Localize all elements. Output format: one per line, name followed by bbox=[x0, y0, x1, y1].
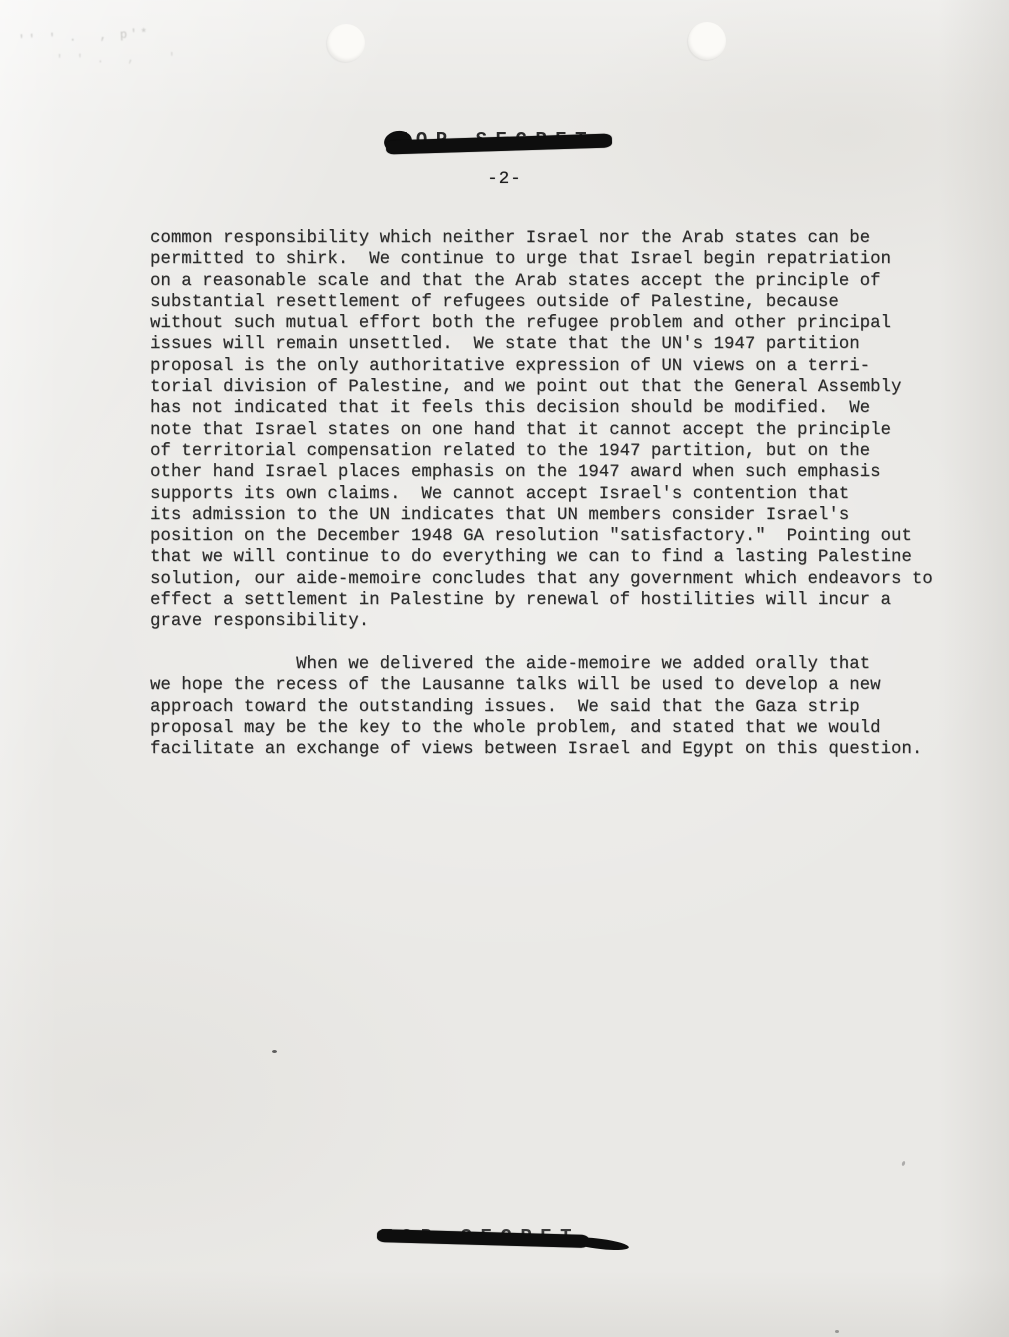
text-line: position on the December 1948 GA resolut… bbox=[150, 526, 970, 547]
text-line: When we delivered the aide-memoire we ad… bbox=[150, 654, 970, 675]
pencil-annotation: '' ' . , p'* bbox=[18, 27, 151, 48]
text-line: permitted to shirk. We continue to urge … bbox=[150, 249, 970, 270]
ink-speck bbox=[835, 1330, 839, 1333]
ink-speck bbox=[901, 1161, 906, 1167]
text-line: facilitate an exchange of views between … bbox=[150, 739, 970, 760]
scanned-document-page: { "page": { "number_label": "-2-" }, "cl… bbox=[0, 0, 1009, 1337]
paragraph: common responsibility which neither Isra… bbox=[150, 228, 970, 633]
pencil-annotation: ' ' . , ' bbox=[56, 51, 179, 67]
text-line: substantial resettlement of refugees out… bbox=[150, 292, 970, 313]
text-line: issues will remain unsettled. We state t… bbox=[150, 334, 970, 355]
text-line: approach toward the outstanding issues. … bbox=[150, 697, 970, 718]
text-line: its admission to the UN indicates that U… bbox=[150, 505, 970, 526]
text-line: other hand Israel places emphasis on the… bbox=[150, 462, 970, 483]
text-line: torial division of Palestine, and we poi… bbox=[150, 377, 970, 398]
ink-speck bbox=[272, 1050, 277, 1053]
text-line: proposal is the only authoritative expre… bbox=[150, 356, 970, 377]
punch-hole-right bbox=[688, 22, 726, 60]
classification-stamp-bottom: TOP SECRET bbox=[381, 1224, 631, 1260]
text-line: on a reasonable scale and that the Arab … bbox=[150, 271, 970, 292]
text-line: effect a settlement in Palestine by rene… bbox=[150, 590, 970, 611]
text-line: without such mutual effort both the refu… bbox=[150, 313, 970, 334]
text-line: proposal may be the key to the whole pro… bbox=[150, 718, 970, 739]
classification-stamp-top: TOP SECRET bbox=[396, 127, 608, 163]
text-line: that we will continue to do everything w… bbox=[150, 547, 970, 568]
paragraph: When we delivered the aide-memoire we ad… bbox=[150, 654, 970, 760]
text-line: note that Israel states on one hand that… bbox=[150, 420, 970, 441]
text-line: of territorial compensation related to t… bbox=[150, 441, 970, 462]
page-number: -2- bbox=[0, 169, 1009, 189]
text-line: grave responsibility. bbox=[150, 611, 970, 632]
text-line: supports its own claims. We cannot accep… bbox=[150, 484, 970, 505]
text-line: common responsibility which neither Isra… bbox=[150, 228, 970, 249]
punch-hole-left bbox=[327, 24, 365, 62]
document-text: common responsibility which neither Isra… bbox=[150, 228, 970, 760]
text-line: has not indicated that it feels this dec… bbox=[150, 398, 970, 419]
text-line: solution, our aide-memoire concludes tha… bbox=[150, 569, 970, 590]
text-line: we hope the recess of the Lausanne talks… bbox=[150, 675, 970, 696]
redaction-stroke-tail bbox=[573, 1236, 630, 1253]
